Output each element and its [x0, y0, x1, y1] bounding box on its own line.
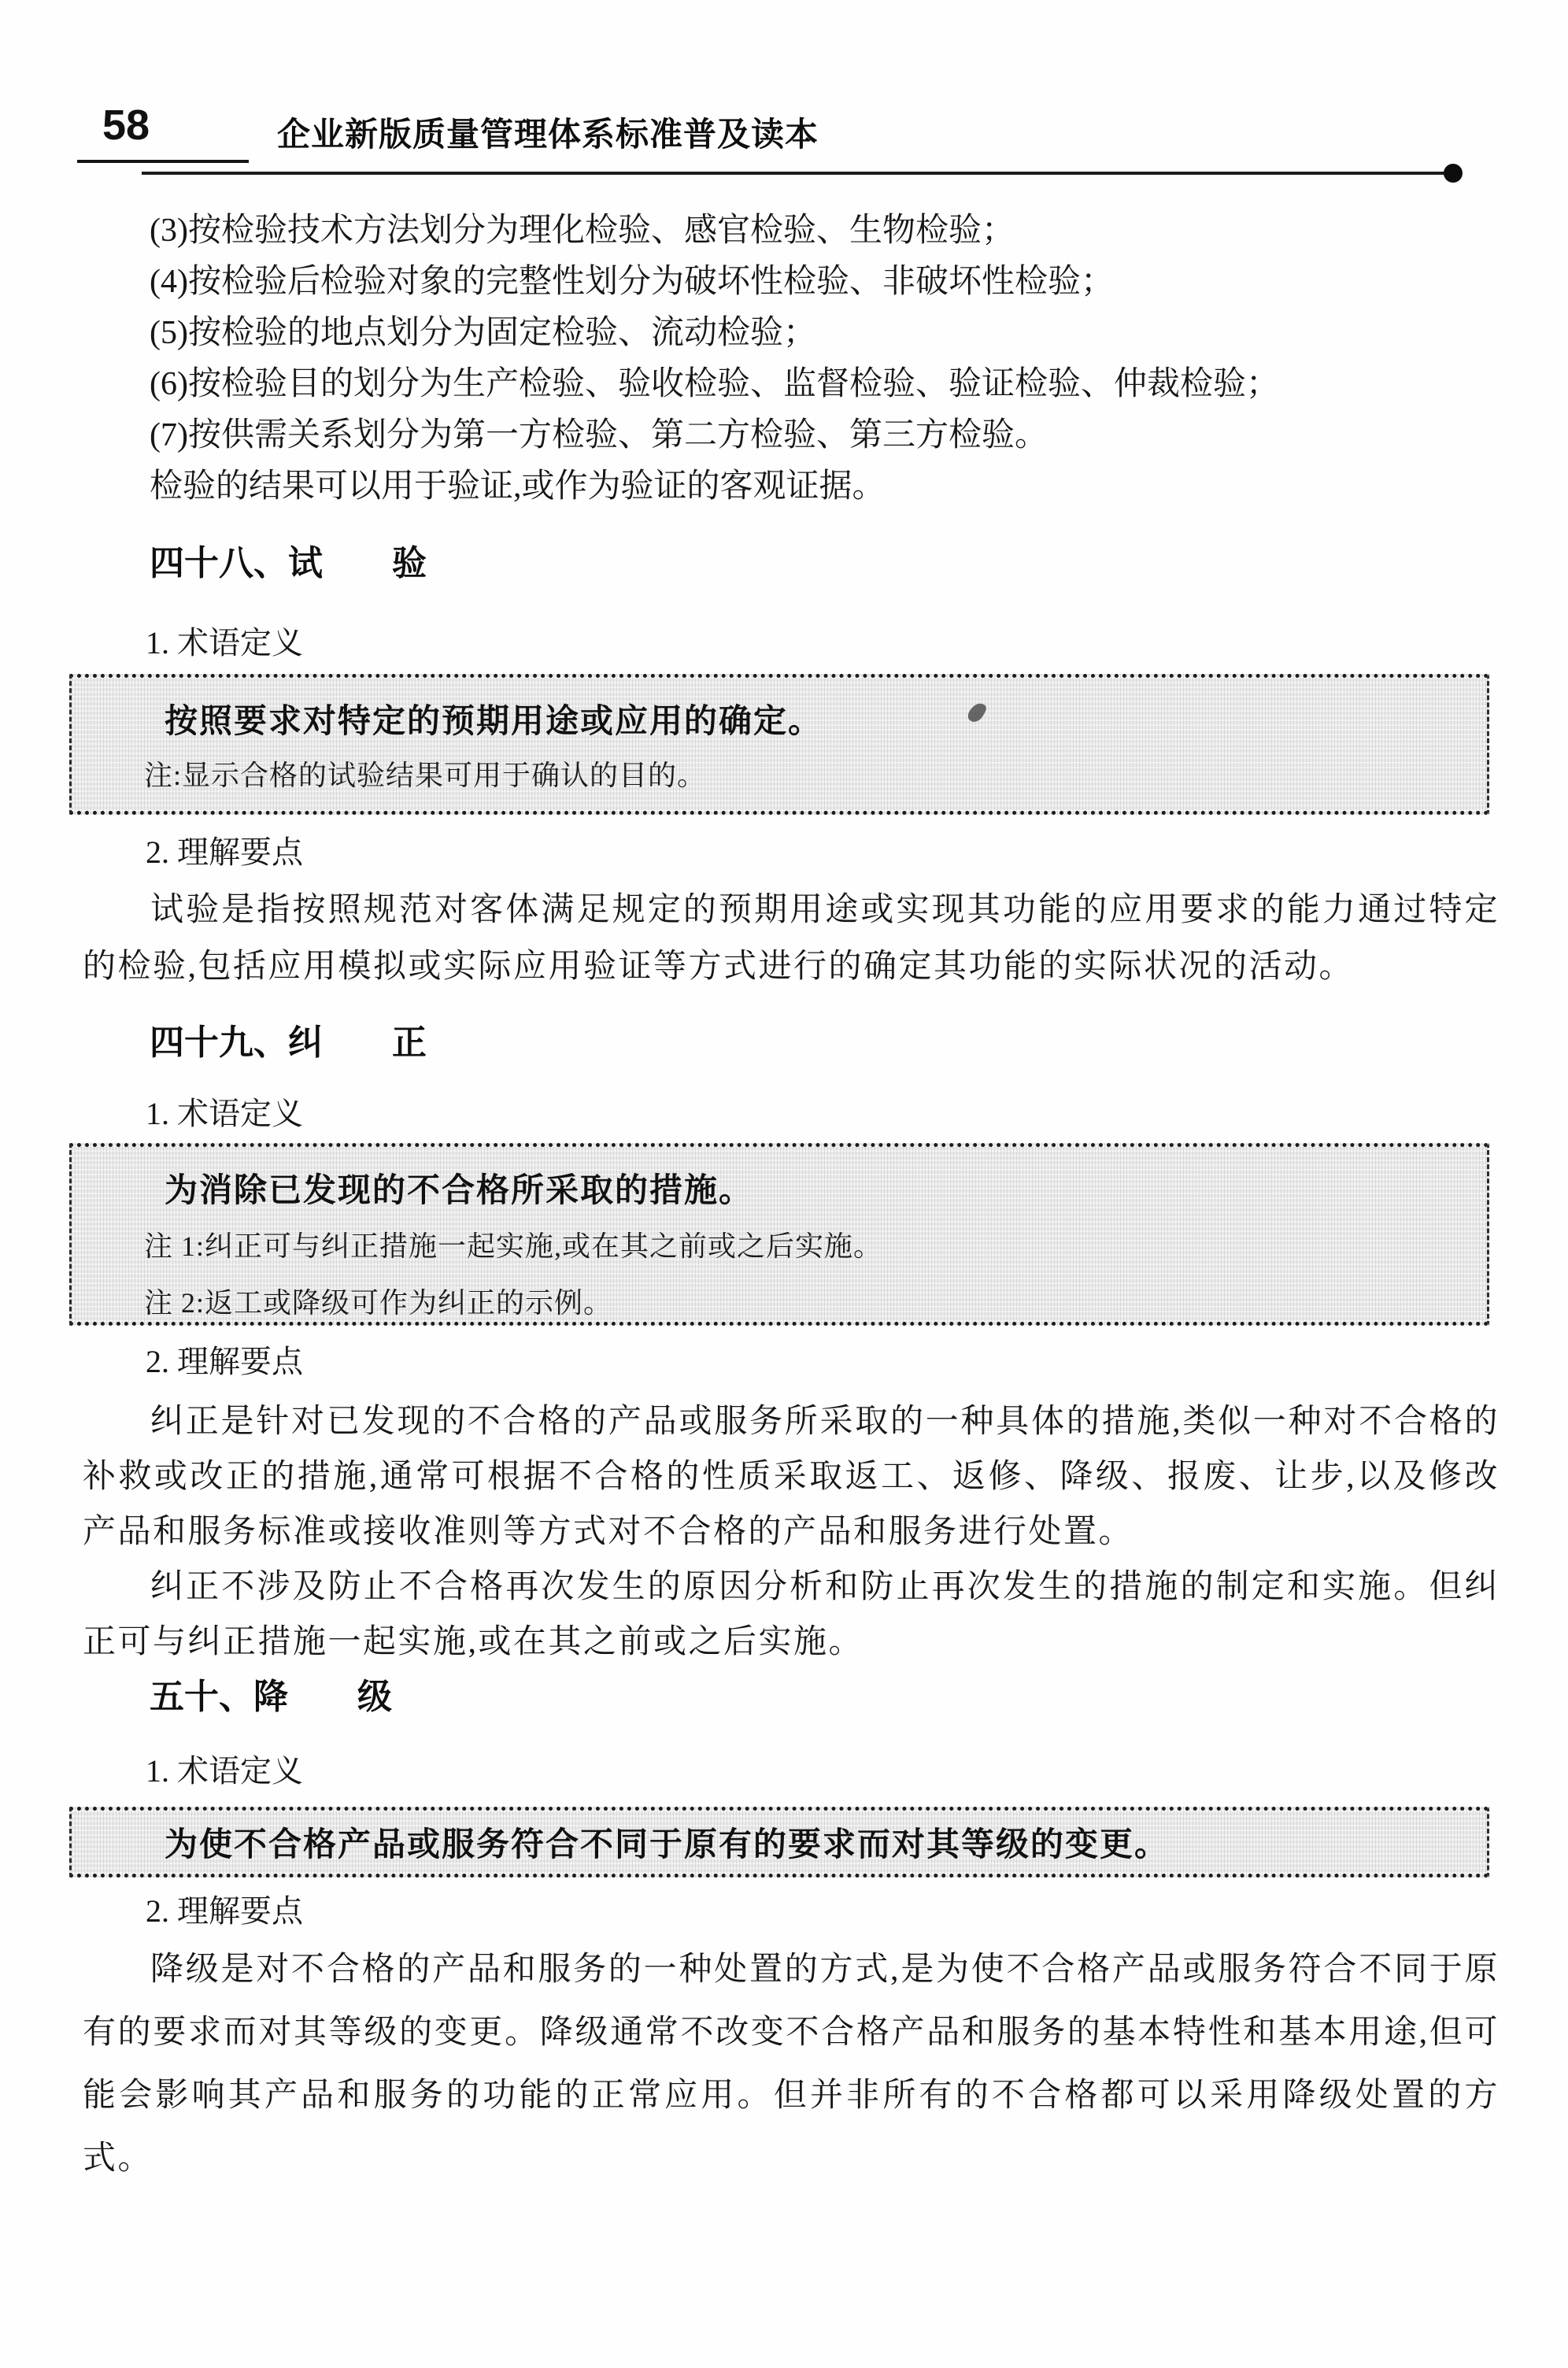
- section-heading: 四十九、纠 正: [150, 1026, 427, 1060]
- definition-note-2: 注 2:返工或降级可作为纠正的示例。: [72, 1289, 1487, 1317]
- term-definition-label: 1. 术语定义: [146, 1098, 303, 1130]
- term-definition-label: 1. 术语定义: [146, 627, 303, 659]
- key-points-label: 2. 理解要点: [146, 1346, 303, 1378]
- header-rule: [142, 172, 1448, 175]
- list-item: (6)按检验目的划分为生产检验、验收检验、监督检验、验证检验、仲裁检验；: [150, 368, 1279, 401]
- definition-box: 按照要求对特定的预期用途或应用的确定。 注:显示合格的试验结果可用于确认的目的。: [69, 674, 1489, 815]
- definition-note: 注:显示合格的试验结果可用于确认的目的。: [72, 761, 1487, 790]
- key-points-paragraph: 纠正不涉及防止不合格再次发生的原因分析和防止再次发生的措施的制定和实施。但纠正可…: [83, 1560, 1500, 1670]
- definition-box: 为使不合格产品或服务符合不同于原有的要求而对其等级的变更。: [69, 1807, 1489, 1878]
- book-page: 58 企业新版质量管理体系标准普及读本 (3)按检验技术方法划分为理化检验、感官…: [0, 0, 1568, 2368]
- list-item: (3)按检验技术方法划分为理化检验、感官检验、生物检验；: [150, 214, 1015, 247]
- definition-text: 为消除已发现的不合格所采取的措施。: [72, 1147, 1487, 1207]
- section-heading: 四十八、试 验: [150, 546, 427, 581]
- key-points-paragraph: 降级是对不合格的产品和服务的一种处置的方式,是为使不合格产品或服务符合不同于原有…: [83, 1938, 1500, 2190]
- term-definition-label: 1. 术语定义: [146, 1756, 303, 1787]
- page-number-underline: [77, 160, 249, 163]
- list-closing-sentence: 检验的结果可以用于验证,或作为验证的客观证据。: [150, 470, 886, 503]
- list-item: (7)按供需关系划分为第一方检验、第二方检验、第三方检验。: [150, 419, 1048, 452]
- key-points-paragraph: 试验是指按照规范对客体满足规定的预期用途或实现其功能的应用要求的能力通过特定的检…: [83, 882, 1500, 995]
- definition-text: 按照要求对特定的预期用途或应用的确定。: [72, 678, 1487, 738]
- page-number: 58: [102, 104, 150, 146]
- list-item: (5)按检验的地点划分为固定检验、流动检验；: [150, 316, 816, 350]
- definition-note-1: 注 1:纠正可与纠正措施一起实施,或在其之前或之后实施。: [72, 1232, 1487, 1260]
- definition-text: 为使不合格产品或服务符合不同于原有的要求而对其等级的变更。: [72, 1811, 1487, 1861]
- key-points-label: 2. 理解要点: [146, 1896, 303, 1927]
- list-item: (4)按检验后检验对象的完整性划分为破坏性检验、非破坏性检验；: [150, 265, 1114, 298]
- key-points-label: 2. 理解要点: [146, 837, 303, 868]
- definition-box: 为消除已发现的不合格所采取的措施。 注 1:纠正可与纠正措施一起实施,或在其之前…: [69, 1143, 1489, 1326]
- key-points-paragraph: 纠正是针对已发现的不合格的产品或服务所采取的一种具体的措施,类似一种对不合格的补…: [83, 1394, 1500, 1560]
- header-rule-end-dot: [1444, 164, 1463, 183]
- section-heading: 五十、降 级: [150, 1680, 392, 1715]
- book-title: 企业新版质量管理体系标准普及读本: [277, 118, 819, 151]
